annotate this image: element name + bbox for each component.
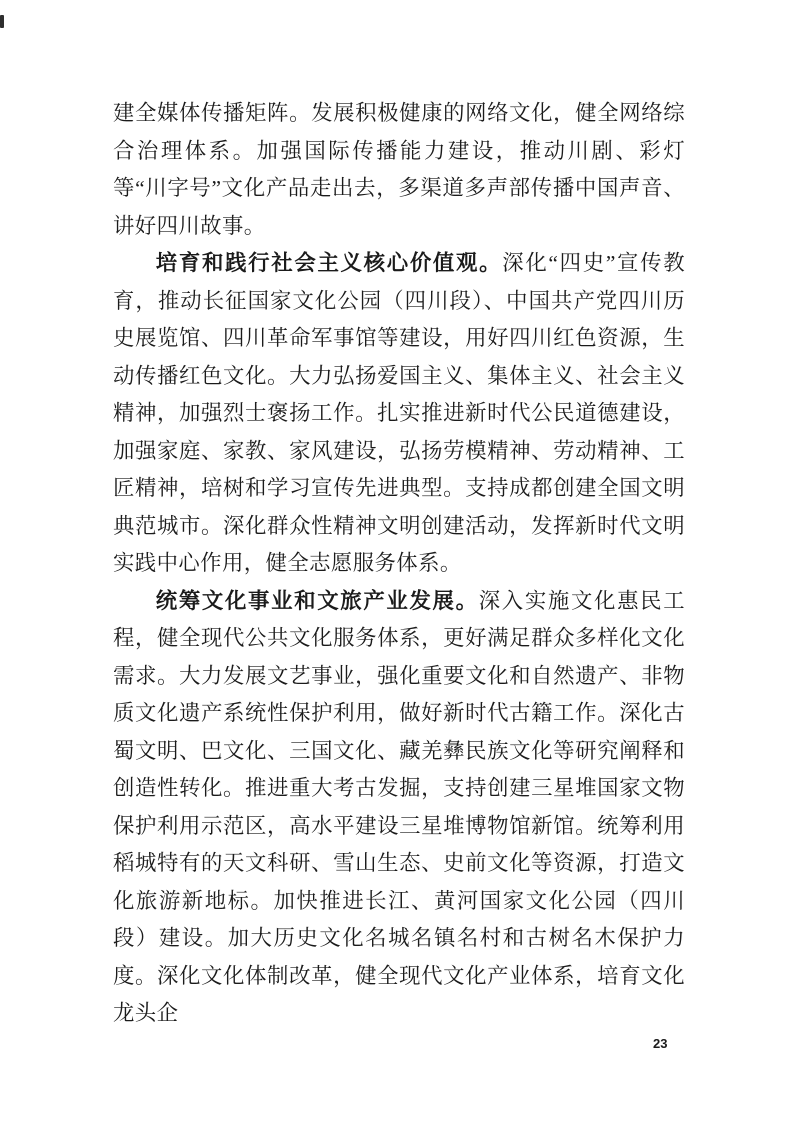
paragraph-lead-bold: 培育和践行社会主义核心价值观。 xyxy=(156,251,502,275)
paragraph-text: 深化“四史”宣传教育，推动长征国家文化公园（四川段）、中国共产党四川历史展览馆、… xyxy=(113,251,685,575)
paragraph-text: 建全媒体传播矩阵。发展积极健康的网络文化，健全网络综合治理体系。加强国际传播能力… xyxy=(113,101,685,238)
paragraph-lead-bold: 统筹文化事业和文旅产业发展。 xyxy=(156,589,479,613)
paragraph-culture-tourism: 统筹文化事业和文旅产业发展。深入实施文化惠民工程，健全现代公共文化服务体系，更好… xyxy=(113,583,685,1033)
page-number: 23 xyxy=(653,1036,667,1051)
paragraph-text: 深入实施文化惠民工程，健全现代公共文化服务体系，更好满足群众多样化文化需求。大力… xyxy=(113,589,685,1026)
scan-artifact-mark xyxy=(0,15,4,28)
document-body: 建全媒体传播矩阵。发展积极健康的网络文化，健全网络综合治理体系。加强国际传播能力… xyxy=(113,95,685,1033)
paragraph-continuation: 建全媒体传播矩阵。发展积极健康的网络文化，健全网络综合治理体系。加强国际传播能力… xyxy=(113,95,685,245)
paragraph-core-values: 培育和践行社会主义核心价值观。深化“四史”宣传教育，推动长征国家文化公园（四川段… xyxy=(113,245,685,583)
document-page: 建全媒体传播矩阵。发展积极健康的网络文化，健全网络综合治理体系。加强国际传播能力… xyxy=(0,0,793,1122)
